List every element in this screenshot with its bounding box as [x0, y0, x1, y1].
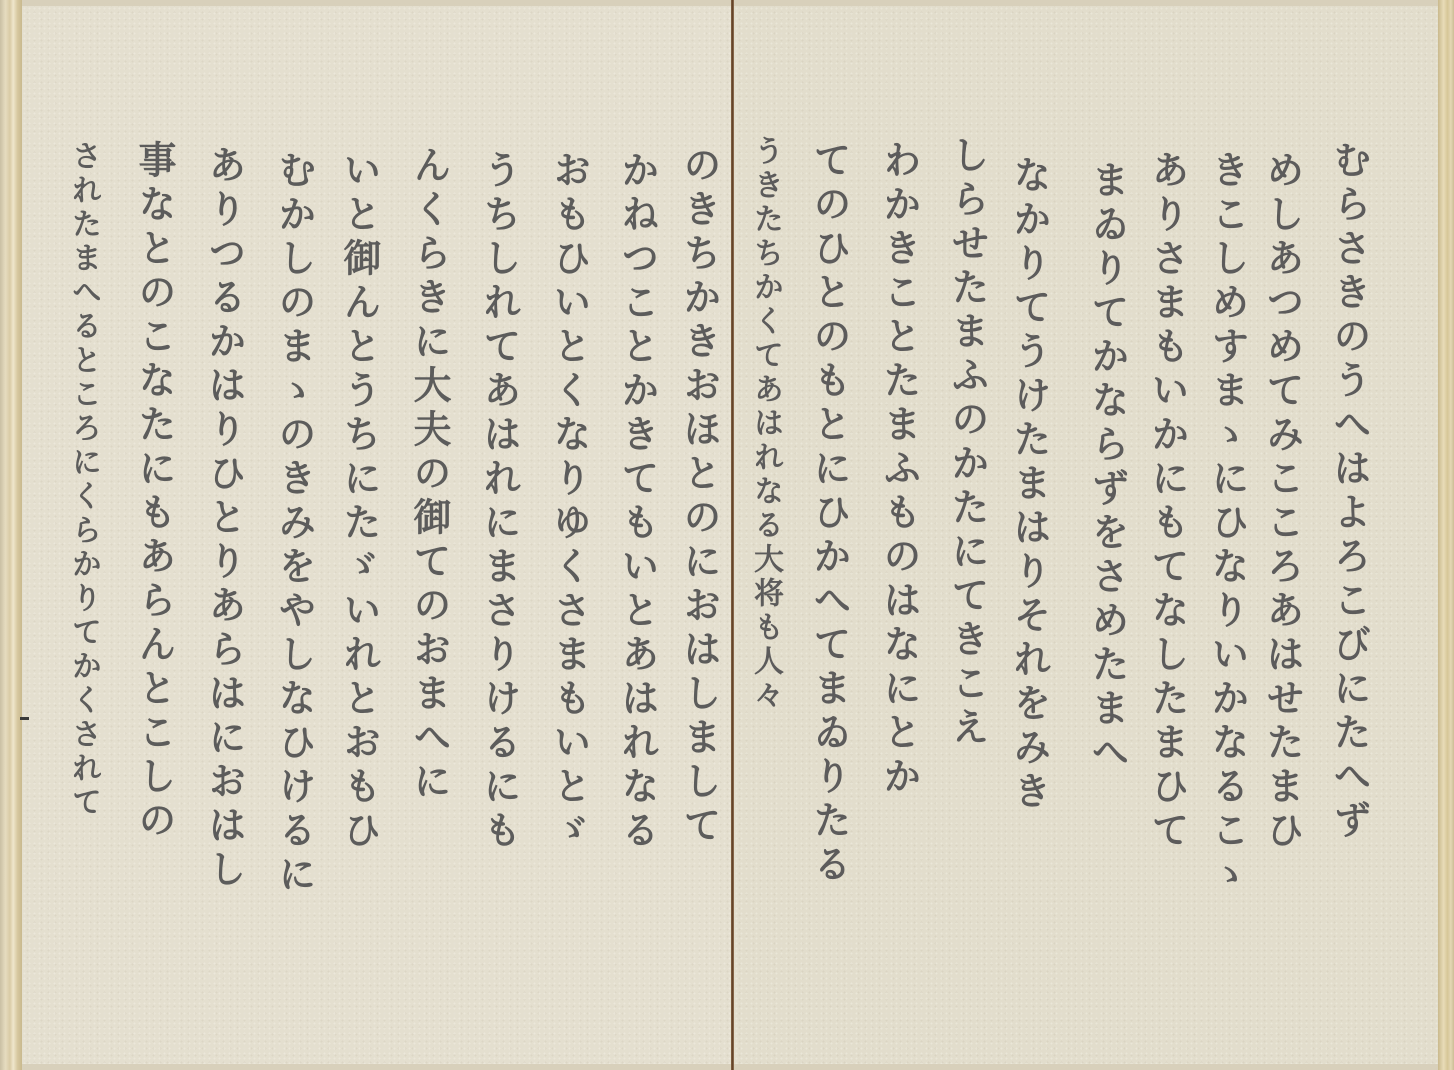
text-column: まゐりてかならずをさめたまへ	[1088, 160, 1126, 776]
text-column: ありさまもいかにもてなしたまひて	[1148, 150, 1186, 854]
page-stack-edge-left	[0, 0, 22, 1070]
text-column: うきたちかくてあはれなる大将も人々	[750, 135, 780, 713]
text-column: わかきことたまふものはなにとか	[880, 140, 918, 800]
text-column: されたまへるところにくらかりてかくされて	[68, 140, 98, 820]
open-manuscript-book: むらさきのうへはよろこびにたへず めしあつめてみこころあはせたまひ きこしめすま…	[0, 0, 1454, 1070]
text-column: んくらきに大夫の御てのおまへに	[410, 145, 448, 805]
book-fold-line	[731, 0, 734, 1070]
text-column: 事なとのこなたにもあらんとこしの	[135, 140, 173, 844]
text-column: ありつるかはりひとりあらはにおはし	[205, 145, 243, 893]
text-column: めしあつめてみこころあはせたまひ	[1263, 150, 1301, 854]
margin-mark	[20, 717, 29, 720]
text-column: いと御んとうちにたゞいれとおもひ	[340, 150, 378, 854]
text-column: うちしれてあはれにまさりけるにも	[480, 150, 518, 854]
text-column: むかしのまゝのきみをやしなひけるに	[275, 150, 313, 898]
text-column: なかりてうけたまはりそれをみき	[1010, 155, 1048, 815]
text-column: てのひとのもとにひかへてまゐりたる	[810, 140, 848, 888]
text-column: のきちかきおほとのにおはしまして	[680, 145, 718, 849]
text-column: きこしめすまゝにひなりいかなるこゝ	[1208, 150, 1246, 898]
text-column: しらせたまふのかたにてきこえ	[948, 135, 986, 751]
text-column: むらさきのうへはよろこびにたへず	[1330, 140, 1368, 844]
text-column: おもひいとくなりゆくさまもいとゞ	[550, 150, 588, 854]
text-column: かねつことかきてもいとあはれなる	[618, 150, 656, 854]
page-stack-edge-right	[1438, 0, 1454, 1070]
